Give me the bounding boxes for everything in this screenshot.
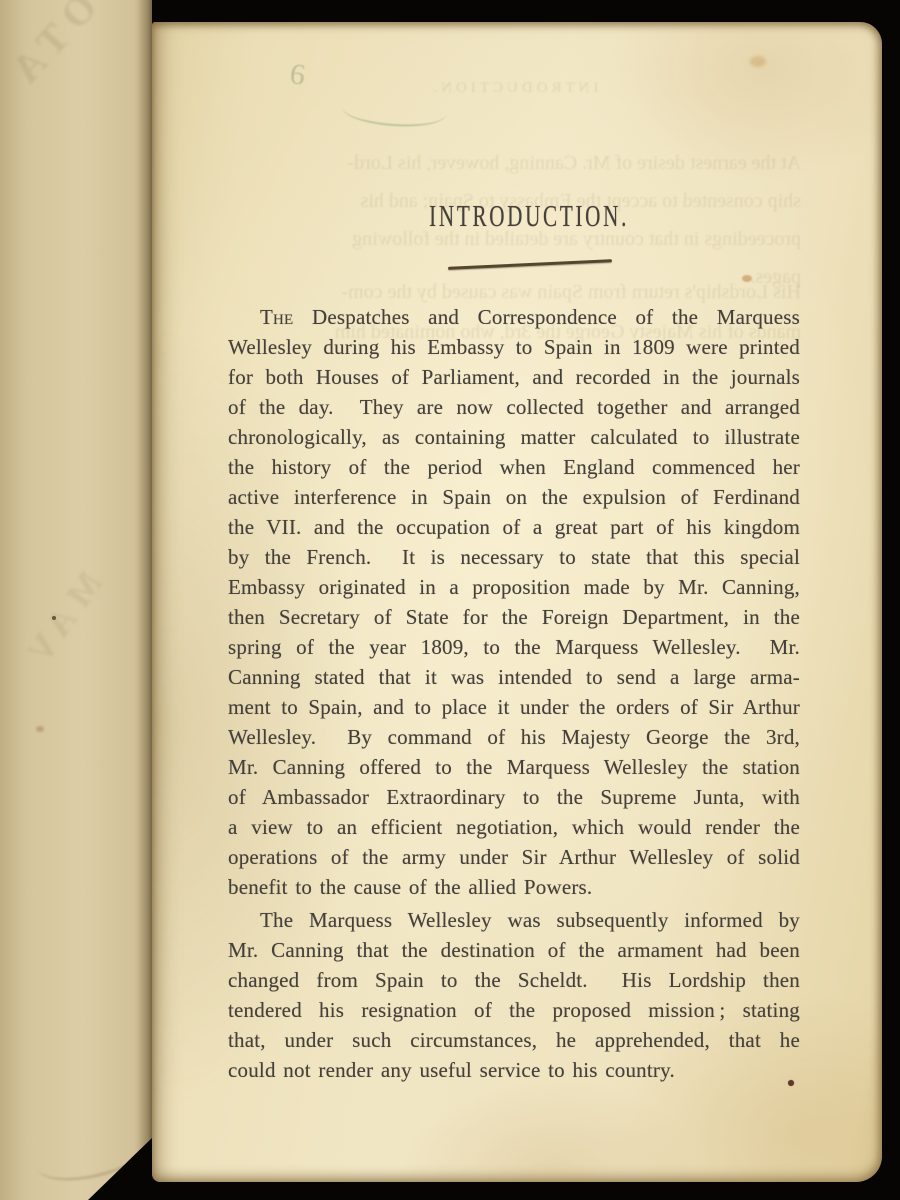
text-line: then Secretary of State for the Foreign …: [228, 602, 800, 632]
text-line: by the French. It is necessary to state …: [228, 542, 800, 572]
text-line: The Despatches and Correspondence of the…: [228, 302, 800, 332]
margin-ghost-mark: OTA: [0, 0, 106, 99]
text-line: Embassy originated in a proposition made…: [228, 572, 800, 602]
page-body: The Despatches and Correspondence of the…: [228, 302, 800, 1085]
text-line: that, under such circumstances, he appre…: [228, 1025, 800, 1055]
ghost-line: At the earnest desire of Mr. Canning, ho…: [236, 144, 801, 182]
text-line: Mr. Canning offered to the Marquess Well…: [228, 752, 800, 782]
text-line: tendered his resignation of the proposed…: [228, 995, 800, 1025]
text-line: spring of the year 1809, to the Marquess…: [228, 632, 800, 662]
text-line: Wellesley. By command of his Majesty Geo…: [228, 722, 800, 752]
text-line: a view to an efficient negotiation, whic…: [228, 812, 800, 842]
page-title: INTRODUCTION.: [322, 198, 723, 234]
text-line: operations of the army under Sir Arthur …: [228, 842, 800, 872]
text-line: The Marquess Wellesley was subsequently …: [228, 905, 800, 935]
foxing-spot: [750, 56, 766, 67]
paragraph: The Marquess Wellesley was subsequently …: [228, 905, 800, 1085]
text-line: benefit to the cause of the allied Power…: [228, 872, 800, 902]
pencil-green-arc: [341, 92, 447, 129]
ghost-heading: INTRODUCTION.: [228, 80, 800, 97]
text-line: Wellesley during his Embassy to Spain in…: [228, 332, 800, 362]
text-line: the history of the period when England c…: [228, 452, 800, 482]
foxing-spot: [742, 275, 752, 282]
paper-speck: [36, 726, 44, 732]
text-line: the VII. and the occupation of a great p…: [228, 512, 800, 542]
text-line: active interference in Spain on the expu…: [228, 482, 800, 512]
text-line: Mr. Canning that the destination of the …: [228, 935, 800, 965]
text-line: of Ambassador Extraordinary to the Supre…: [228, 782, 800, 812]
text-line: ment to Spain, and to place it under the…: [228, 692, 800, 722]
facing-page-edge: OTA MAV: [0, 0, 152, 1200]
paper-speck: [52, 616, 56, 620]
text-line: of the day. They are now collected toget…: [228, 392, 800, 422]
gutter-crease: [138, 0, 152, 1200]
paragraph: The Despatches and Correspondence of the…: [228, 302, 800, 902]
book-photo: OTA MAV INTRODUCTION. At the earnest des…: [0, 0, 900, 1200]
text-line: chronologically, as containing matter ca…: [228, 422, 800, 452]
margin-ghost-mark: MAV: [13, 563, 111, 678]
text-line: changed from Spain to the Scheldt. His L…: [228, 965, 800, 995]
text-line: could not render any useful service to h…: [228, 1055, 800, 1085]
book-page: INTRODUCTION. At the earnest desire of M…: [152, 22, 882, 1182]
text-line: Canning stated that it was intended to s…: [228, 662, 800, 692]
text-line: for both Houses of Parliament, and recor…: [228, 362, 800, 392]
